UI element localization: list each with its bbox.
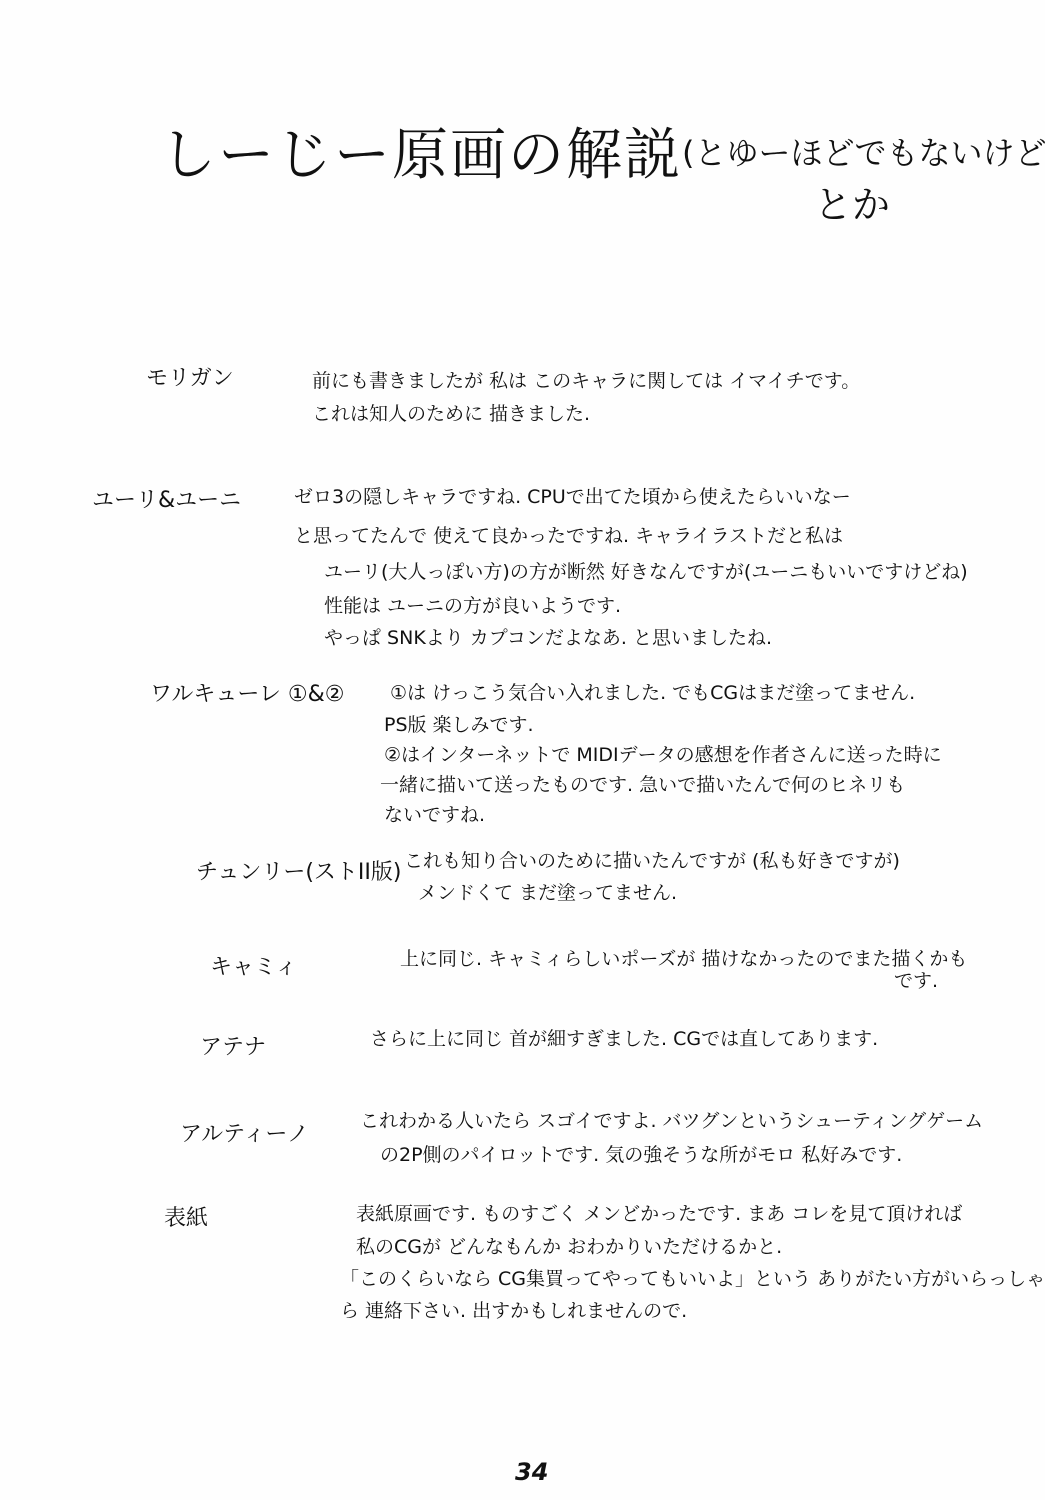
entry-line: これも知り合いのために描いたんですが (私も好きですが) bbox=[404, 852, 900, 871]
entry-line: です. bbox=[894, 972, 938, 991]
entry-line: ら 連絡下さい. 出すかもしれませんので. bbox=[340, 1302, 687, 1321]
document-page: しーじー原画の解説(とゆーほどでもないけど) とか モリガン 前にも書きましたが… bbox=[0, 0, 1045, 1500]
entry-line: 一緒に描いて送ったものです. 急いで描いたんで何のヒネリも bbox=[380, 776, 905, 795]
entry-line: ユーリ(大人っぽい方)の方が断然 好きなんですが(ユーニもいいですけどね) bbox=[324, 563, 968, 582]
entry-line: メンドくて まだ塗ってません. bbox=[418, 884, 677, 903]
entry-label: ユーリ&ユーニ bbox=[92, 490, 241, 512]
entry-label: アテナ bbox=[200, 1037, 266, 1059]
entry-line: 私のCGが どんなもんか おわかりいただけるかと. bbox=[356, 1238, 782, 1257]
entry-line: これは知人のために 描きました. bbox=[312, 405, 590, 424]
entry-line: 性能は ユーニの方が良いようです. bbox=[324, 597, 621, 616]
title-sub: とか bbox=[814, 186, 890, 224]
entry-line: と思ってたんで 使えて良かったですね. キャライラストだと私は bbox=[294, 527, 843, 546]
entry-line: 表紙原画です. ものすごく メンどかったです. まあ コレを見て頂ければ bbox=[356, 1205, 962, 1224]
title-parenthetical: (とゆーほどでもないけど) bbox=[682, 134, 1045, 172]
entry-label: モリガン bbox=[146, 368, 234, 390]
entry-line: やっぱ SNKより カプコンだよなあ. と思いましたね. bbox=[324, 629, 772, 648]
title-main: しーじー原画の解説 bbox=[160, 123, 682, 188]
entry-line: ないですね. bbox=[384, 806, 485, 825]
entry-line: さらに上に同じ 首が細すぎました. CGでは直してあります. bbox=[370, 1030, 878, 1049]
entry-line: の2P側のパイロットです. 気の強そうな所がモロ 私好みです. bbox=[380, 1146, 902, 1165]
entry-line: ゼロ3の隠しキャラですね. CPUで出てた頃から使えたらいいなー bbox=[294, 488, 851, 507]
page-number: 34 bbox=[515, 1458, 548, 1486]
entry-line: 「このくらいなら CG集買ってやってもいいよ」という ありがたい方がいらっしゃっ… bbox=[340, 1270, 1045, 1289]
entry-label: ワルキューレ ①&② bbox=[150, 684, 345, 706]
entry-label: 表紙 bbox=[164, 1208, 208, 1230]
page-title: しーじー原画の解説(とゆーほどでもないけど) bbox=[160, 128, 1045, 184]
entry-label: チュンリー(ストII版) bbox=[196, 862, 401, 884]
entry-line: これわかる人いたら スゴイですよ. バツグンというシューティングゲーム bbox=[360, 1112, 983, 1131]
entry-line: 上に同じ. キャミィらしいポーズが 描けなかったのでまた描くかも bbox=[400, 950, 967, 969]
entry-line: ②はインターネットで MIDIデータの感想を作者さんに送った時に bbox=[384, 746, 942, 765]
entry-line: PS版 楽しみです. bbox=[384, 716, 534, 735]
entry-label: アルティーノ bbox=[180, 1124, 309, 1146]
entry-line: ①は けっこう気合い入れました. でもCGはまだ塗ってません. bbox=[390, 684, 915, 703]
entry-line: 前にも書きましたが 私は このキャラに関しては イマイチです。 bbox=[312, 372, 860, 391]
entry-label: キャミィ bbox=[210, 957, 297, 979]
